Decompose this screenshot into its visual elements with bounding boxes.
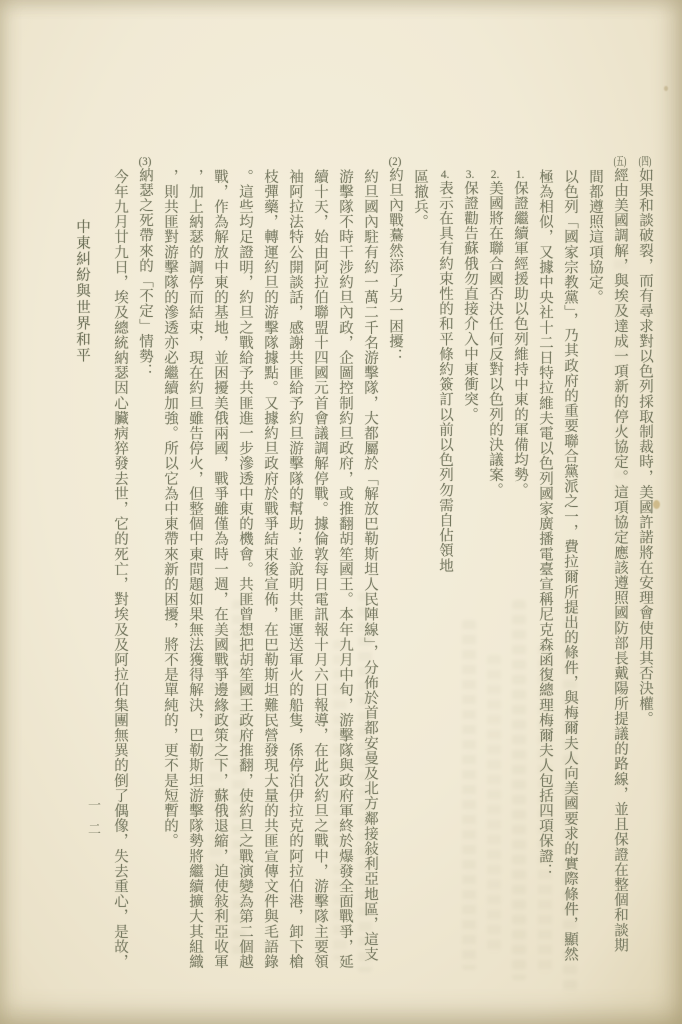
text-column: 戰，作為解放中東的基地，並困擾美俄兩國，戰爭雖僅為時一週，在美國戰爭邊緣政策之下… <box>207 155 232 1000</box>
paper-stain-speck <box>664 86 668 91</box>
vertical-text-block: (四)如果和談破裂，而有尋求對以色列採取制裁時，美國許諾將在安理會使用其否決權。… <box>107 155 657 1000</box>
text-column: 1.保證繼續軍經援助以色列維持中東的軍備均勢。 <box>507 155 532 1000</box>
text-column: 間都遵照這項協定。 <box>582 155 607 1000</box>
text-column: (五)經由美國調解，與埃及達成一項新的停火協定。這項協定應該遵照國防部長戴陽所提… <box>607 155 632 1000</box>
text-column: 3.保證勸告蘇俄勿直接介入中東衝突。 <box>457 155 482 1000</box>
item-number: (3) <box>139 156 151 168</box>
text-column: 約旦國內駐有約一萬二千名游擊隊，大都屬於「解放巴勒斯坦人民陣線」，分佈於首都安曼… <box>357 155 382 1000</box>
paper-stain-speck <box>653 500 660 509</box>
item-number: (四) <box>639 156 651 168</box>
item-number: 2. <box>489 169 501 181</box>
text-column: ，加上納瑟的調停而結束，現在約旦雖告停火，但整個中東問題如果無法獲得解決，巴勒斯… <box>182 155 207 1000</box>
text-column: (四)如果和談破裂，而有尋求對以色列採取制裁時，美國許諾將在安理會使用其否決權。 <box>632 155 657 1000</box>
text-column: 今年九月廿九日，埃及總統納瑟因心臟病猝發去世，它的死亡，對埃及及阿拉伯集團無異的… <box>107 155 132 1000</box>
item-number: (五) <box>614 156 626 168</box>
text-column: 區撤兵。 <box>407 155 432 1000</box>
item-number: 3. <box>464 169 476 181</box>
text-column: 枝彈藥，轉運約旦的游擊隊據點。又據約旦政府於戰爭結束後宣佈，在巴勒斯坦難民營發現… <box>257 155 282 1000</box>
text-column: 4.表示在具有約束性的和平條約簽訂以前以色列勿需自佔領地 <box>432 155 457 1000</box>
text-column: 袖阿拉法特公開談話，感謝共匪給予約旦游擊隊的幫助；並說明共匪運送軍火的船隻，係停… <box>282 155 307 1000</box>
text-column: 以色列「國家宗教黨」，乃其政府的重要聯合黨派之一，費拉爾所提出的條件，與梅爾夫人… <box>557 155 582 1000</box>
text-column: 游擊隊不時干涉約旦內政，企圖控制約旦政府，或推翻胡笙國王。本年九月中旬，游擊隊與… <box>332 155 357 1000</box>
text-column: ，則共匪對游擊隊的滲透亦必繼續加強。所以它為中東帶來新的困擾，將不是單純的，更不… <box>157 155 182 1000</box>
text-column: 。這些均足證明，約旦之戰給予共匪進一步滲透中東的機會。共匪曾想把胡笙國王政府推翻… <box>232 155 257 1000</box>
page-number: 一二 <box>84 798 103 846</box>
book-side-title: 中東糾紛與世界和平 <box>72 219 93 364</box>
item-number: 1. <box>514 169 526 181</box>
text-column: 極為相似，又據中央社十二日特拉維夫電以色列國家廣播電臺宣稱尼克森函復總理梅爾夫人… <box>532 155 557 1000</box>
item-number: (2) <box>389 156 401 168</box>
scanned-document-page: (四)如果和談破裂，而有尋求對以色列採取制裁時，美國許諾將在安理會使用其否決權。… <box>0 0 682 1024</box>
text-column: 續十天，始由阿拉伯聯盟十四國元首會議調解停戰。據倫敦每日電訊報十月六日報導，在此… <box>307 155 332 1000</box>
text-column: 2.美國將在聯合國否決任何反對以色列的決議案。 <box>482 155 507 1000</box>
text-column: (3)納瑟之死帶來的「不定」情勢： <box>132 155 157 1000</box>
text-column: (2)約旦內戰驀然添了另一困擾： <box>382 155 407 1000</box>
item-number: 4. <box>439 169 451 181</box>
